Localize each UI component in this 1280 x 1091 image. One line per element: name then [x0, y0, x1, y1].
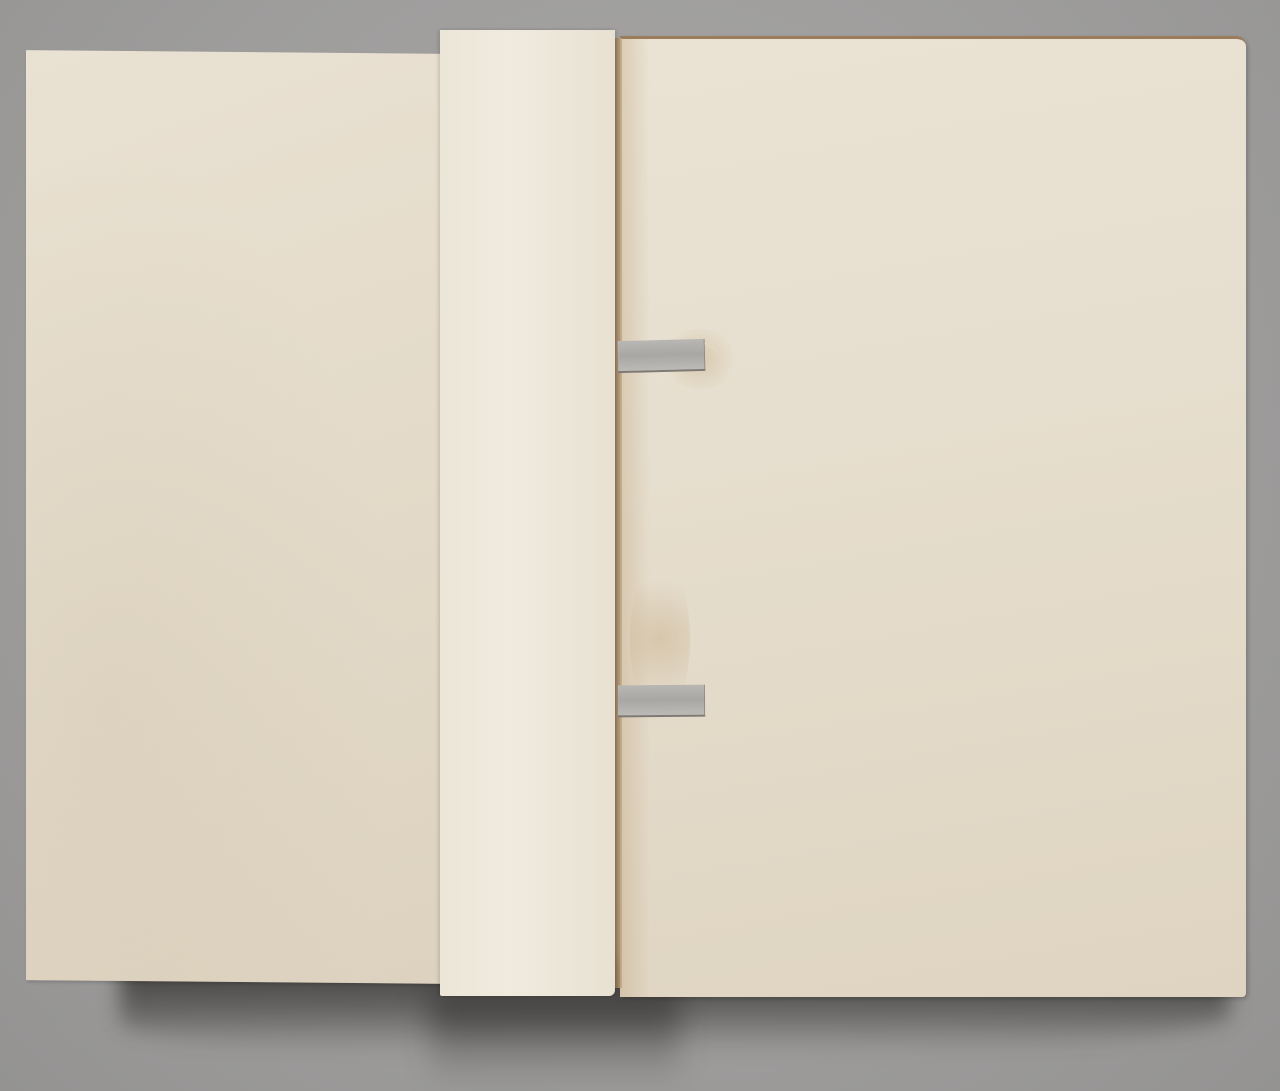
spine-shadow — [430, 990, 680, 1085]
sewing-tape-lower — [618, 685, 705, 718]
spine-wrapper — [440, 30, 615, 996]
left-cover — [26, 50, 446, 984]
photo-scene — [0, 0, 1280, 1091]
sewing-tape-upper — [618, 339, 706, 373]
text-block — [620, 36, 1246, 997]
